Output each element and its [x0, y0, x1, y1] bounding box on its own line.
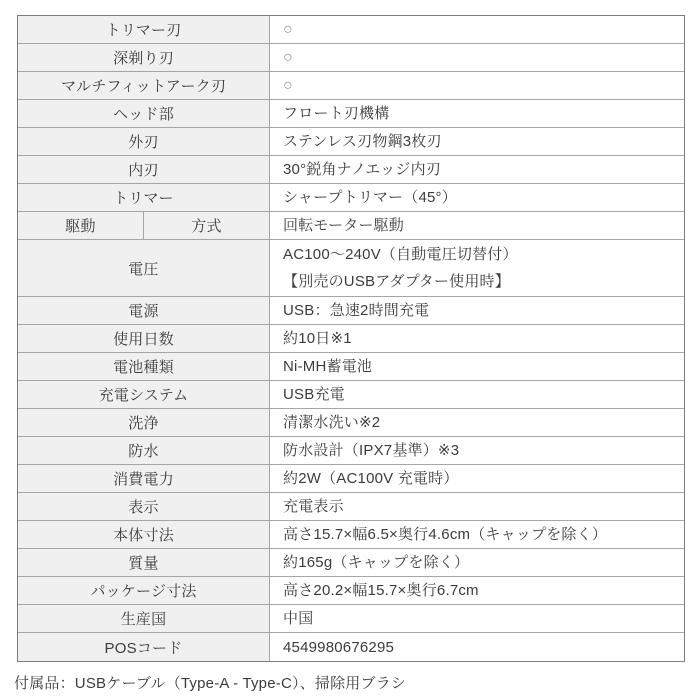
row-value-line: 中国: [283, 605, 684, 632]
table-row: 質量約165g（キャップを除く）: [18, 549, 684, 577]
table-row: 電源USB：急速2時間充電: [18, 297, 684, 325]
row-label: 電源: [18, 297, 270, 324]
table-row: 充電システムUSB充電: [18, 381, 684, 409]
row-label: 質量: [18, 549, 270, 576]
row-value-line: ○: [283, 44, 684, 71]
row-value-line: フロート刃機構: [283, 100, 684, 127]
table-row: 防水防水設計（IPX7基準）※3: [18, 437, 684, 465]
table-row: 電池種類Ni-MH蓄電池: [18, 353, 684, 381]
row-value-line: Ni-MH蓄電池: [283, 353, 684, 380]
table-row: 生産国中国: [18, 605, 684, 633]
row-label: 深剃り刃: [18, 44, 270, 71]
row-label: 防水: [18, 437, 270, 464]
product-spec-table: トリマー刃○深剃り刃○マルチフィットアーク刃○ヘッド部フロート刃機構外刃ステンレ…: [17, 15, 685, 662]
table-row: ヘッド部フロート刃機構: [18, 100, 684, 128]
row-value: シャープトリマー（45°）: [270, 184, 684, 211]
table-row: 使用日数約10日※1: [18, 325, 684, 353]
row-label: 駆動: [18, 212, 144, 239]
row-value: 約2W（AC100V 充電時）: [270, 465, 684, 492]
row-value: 高さ15.7×幅6.5×奥行4.6cm（キャップを除く）: [270, 521, 684, 548]
row-value-line: 防水設計（IPX7基準）※3: [283, 437, 684, 464]
row-value: Ni-MH蓄電池: [270, 353, 684, 380]
accessories-note: 付属品：USBケーブル（Type-A - Type-C）、掃除用ブラシ: [14, 672, 406, 693]
row-value: 約10日※1: [270, 325, 684, 352]
row-value: 防水設計（IPX7基準）※3: [270, 437, 684, 464]
row-value-line: 高さ20.2×幅15.7×奥行6.7cm: [283, 577, 684, 604]
row-value-line: ○: [283, 16, 684, 43]
row-label: トリマー: [18, 184, 270, 211]
table-row: トリマーシャープトリマー（45°）: [18, 184, 684, 212]
table-row: 洗浄清潔水洗い※2: [18, 409, 684, 437]
row-value-circle-mark: ○: [270, 72, 684, 99]
row-value-line: 30°鋭角ナノエッジ内刃: [283, 156, 684, 183]
row-value: 中国: [270, 605, 684, 632]
row-label: 生産国: [18, 605, 270, 632]
row-label: 電圧: [18, 240, 270, 296]
row-value-line: USB充電: [283, 381, 684, 408]
row-value: 30°鋭角ナノエッジ内刃: [270, 156, 684, 183]
row-label: 充電システム: [18, 381, 270, 408]
row-value-line: 清潔水洗い※2: [283, 409, 684, 436]
row-value: フロート刃機構: [270, 100, 684, 127]
row-label: 消費電力: [18, 465, 270, 492]
row-value-line: 約165g（キャップを除く）: [283, 549, 684, 576]
row-value-circle-mark: ○: [270, 44, 684, 71]
row-value: ステンレス刃物鋼3枚刃: [270, 128, 684, 155]
row-label: パッケージ寸法: [18, 577, 270, 604]
row-label: 本体寸法: [18, 521, 270, 548]
row-value: 高さ20.2×幅15.7×奥行6.7cm: [270, 577, 684, 604]
row-value-line: 充電表示: [283, 493, 684, 520]
row-value: 清潔水洗い※2: [270, 409, 684, 436]
row-label: 表示: [18, 493, 270, 520]
row-label: トリマー刃: [18, 16, 270, 43]
row-value: 回転モーター駆動: [270, 212, 684, 239]
row-value: 約165g（キャップを除く）: [270, 549, 684, 576]
row-label-secondary: 方式: [144, 212, 270, 239]
row-value-line: 回転モーター駆動: [283, 212, 684, 239]
table-row: POSコード4549980676295: [18, 633, 684, 661]
row-label: 洗浄: [18, 409, 270, 436]
row-value-line: 約10日※1: [283, 325, 684, 352]
row-label: マルチフィットアーク刃: [18, 72, 270, 99]
row-label: ヘッド部: [18, 100, 270, 127]
row-value: AC100～240V（自動電圧切替付）【別売のUSBアダプター使用時】: [270, 240, 684, 296]
row-value-line: ○: [283, 72, 684, 99]
row-value: USB充電: [270, 381, 684, 408]
table-row: 消費電力約2W（AC100V 充電時）: [18, 465, 684, 493]
table-row: 本体寸法高さ15.7×幅6.5×奥行4.6cm（キャップを除く）: [18, 521, 684, 549]
table-row: 電圧AC100～240V（自動電圧切替付）【別売のUSBアダプター使用時】: [18, 240, 684, 297]
row-label: 内刃: [18, 156, 270, 183]
row-value-line: 高さ15.7×幅6.5×奥行4.6cm（キャップを除く）: [283, 521, 684, 548]
row-value: 4549980676295: [270, 633, 684, 661]
table-row: パッケージ寸法高さ20.2×幅15.7×奥行6.7cm: [18, 577, 684, 605]
row-value-line: シャープトリマー（45°）: [283, 184, 684, 211]
row-value: 充電表示: [270, 493, 684, 520]
row-value-line: AC100～240V（自動電圧切替付）: [283, 241, 684, 268]
table-row: 深剃り刃○: [18, 44, 684, 72]
row-value-line: 4549980676295: [283, 634, 684, 661]
row-value-line: USB：急速2時間充電: [283, 297, 684, 324]
row-value: USB：急速2時間充電: [270, 297, 684, 324]
row-label: 電池種類: [18, 353, 270, 380]
table-row: 表示充電表示: [18, 493, 684, 521]
row-value-line: ステンレス刃物鋼3枚刃: [283, 128, 684, 155]
table-row: 外刃ステンレス刃物鋼3枚刃: [18, 128, 684, 156]
row-label: 使用日数: [18, 325, 270, 352]
row-label: 外刃: [18, 128, 270, 155]
table-row: 駆動方式回転モーター駆動: [18, 212, 684, 240]
row-value-circle-mark: ○: [270, 16, 684, 43]
table-row: 内刃30°鋭角ナノエッジ内刃: [18, 156, 684, 184]
row-label: POSコード: [18, 633, 270, 661]
table-row: トリマー刃○: [18, 16, 684, 44]
row-value-line: 約2W（AC100V 充電時）: [283, 465, 684, 492]
table-row: マルチフィットアーク刃○: [18, 72, 684, 100]
row-value-line-2: 【別売のUSBアダプター使用時】: [283, 268, 684, 295]
